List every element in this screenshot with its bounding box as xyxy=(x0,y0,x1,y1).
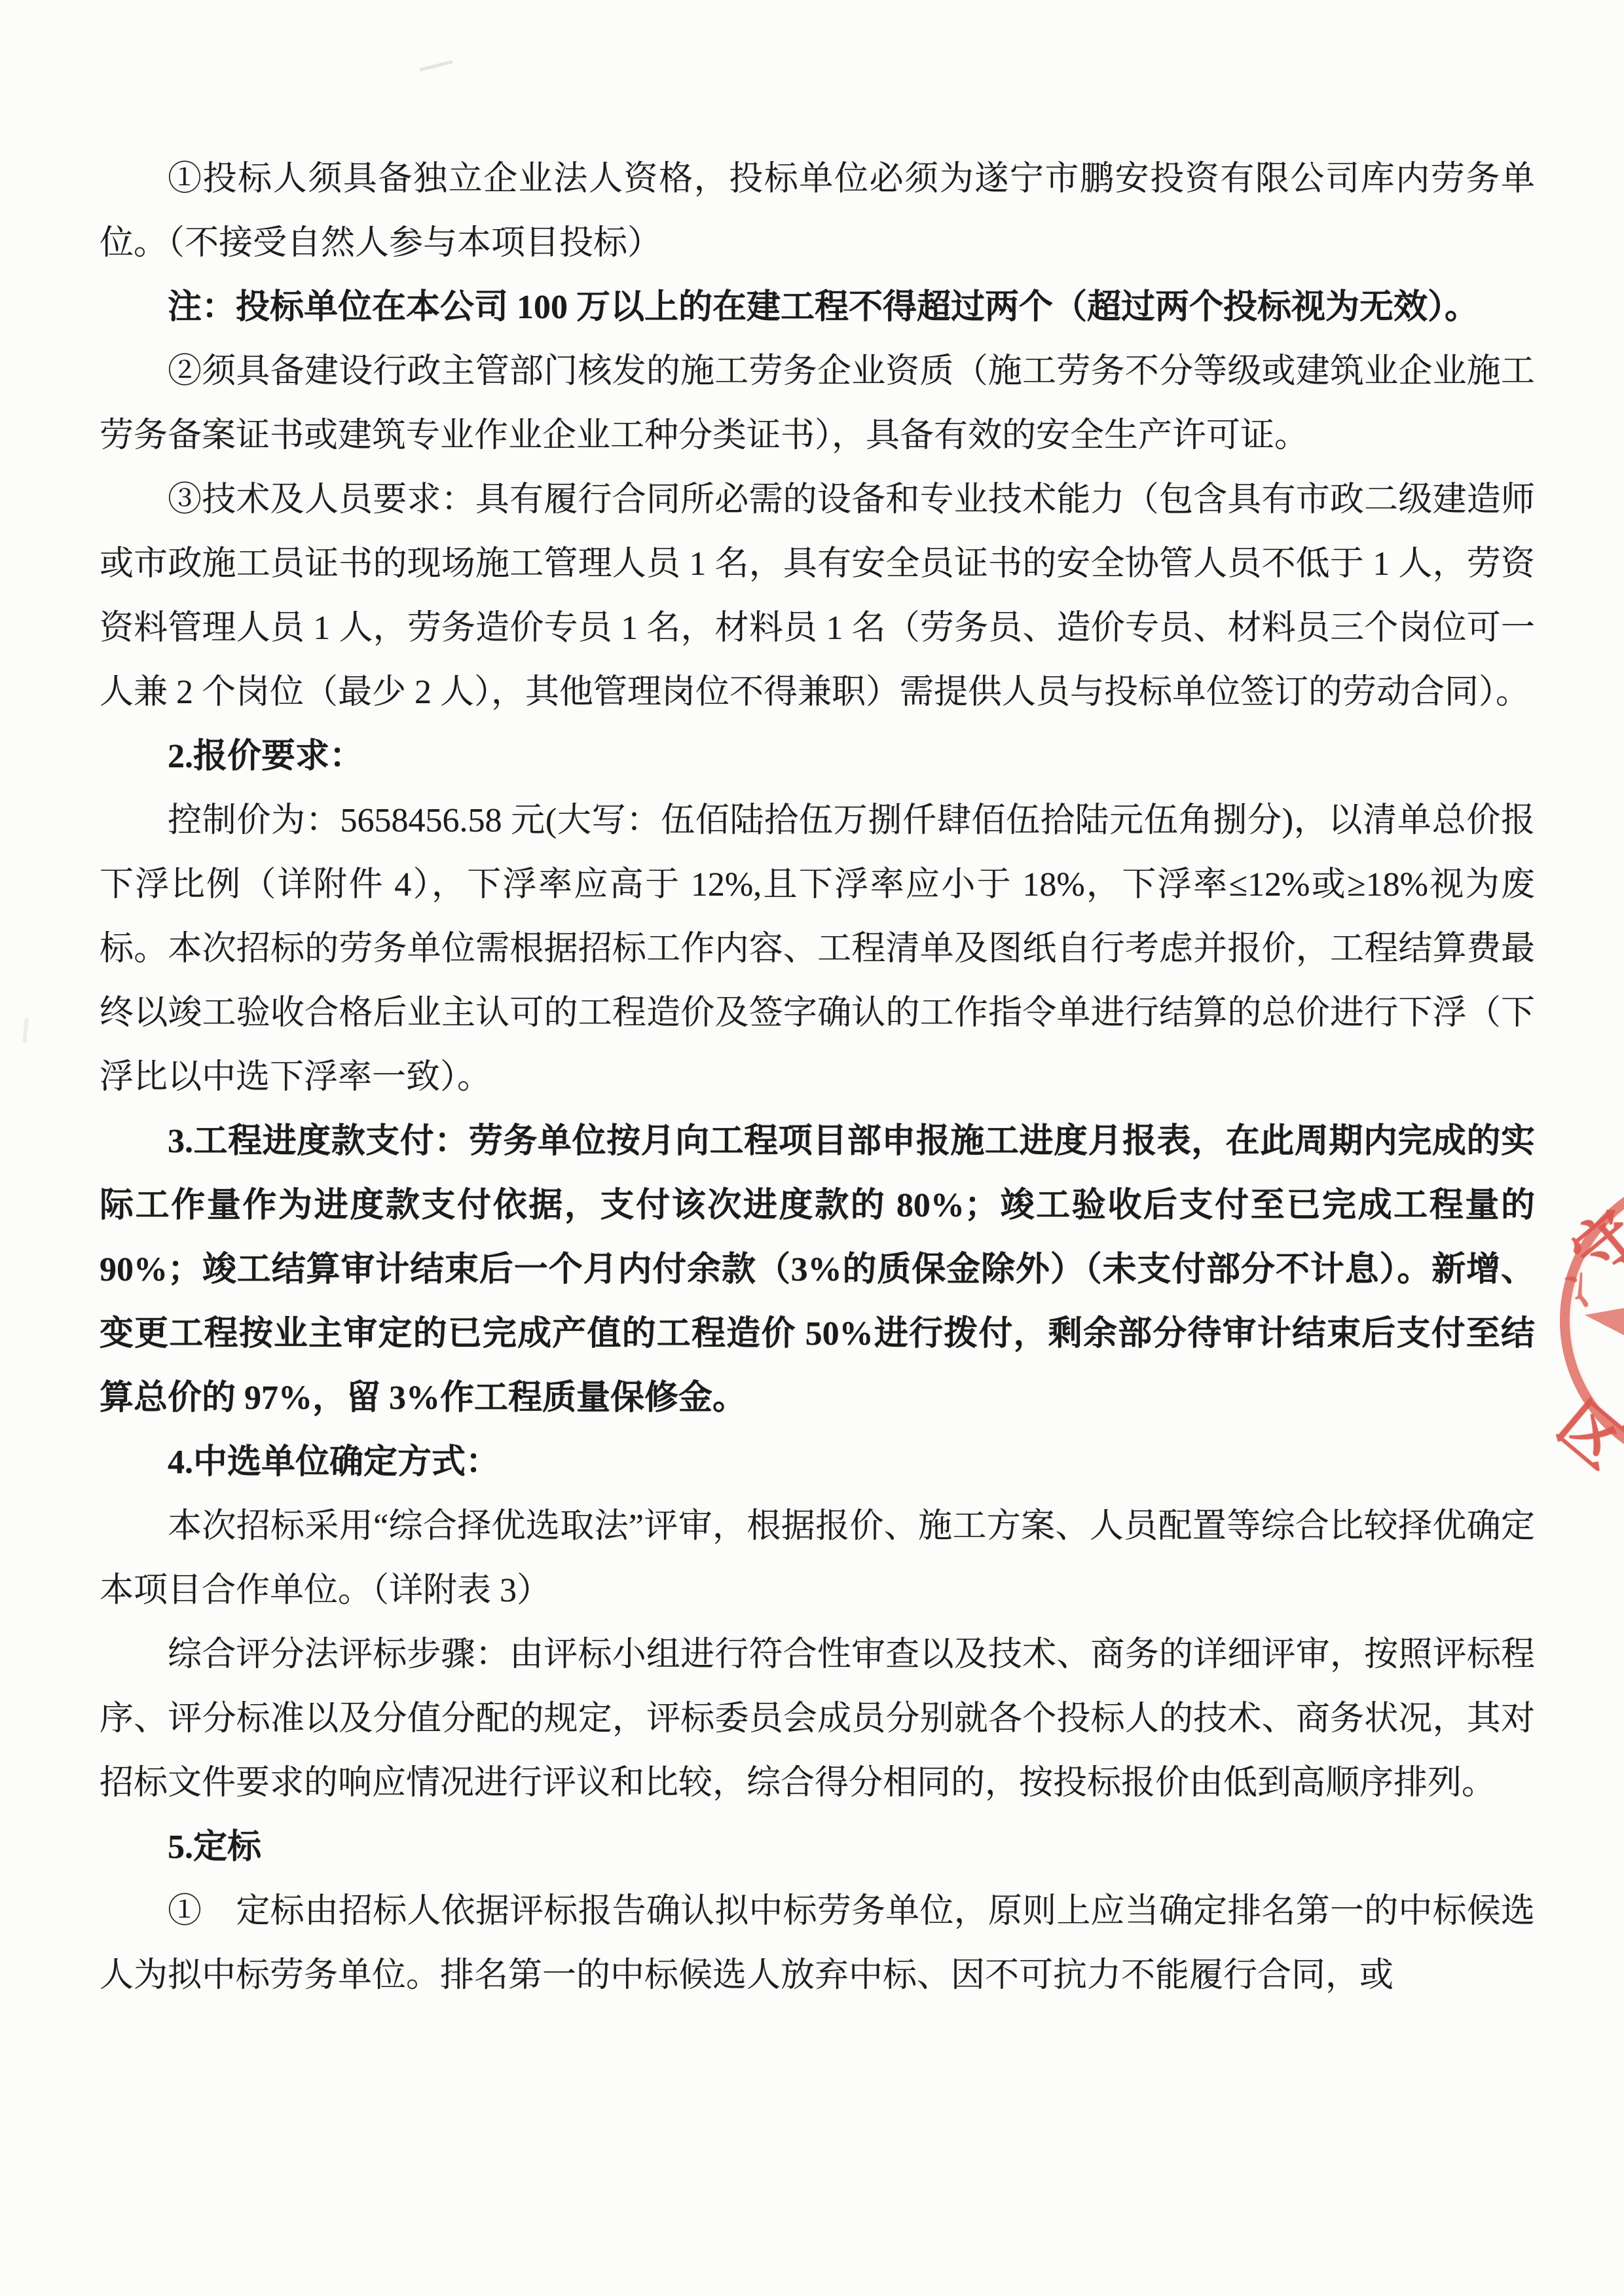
seal-star-icon xyxy=(1568,1178,1624,1467)
heading-quotation-requirement: 2.报价要求： xyxy=(100,725,1535,789)
seal-character-bottom: 区 xyxy=(1543,1377,1624,1485)
scan-artifact xyxy=(419,60,453,71)
paragraph-labor-qualification: ②须具备建设行政主管部门核发的施工劳务企业资质（施工劳务不分等级或建筑业企业施工… xyxy=(100,340,1535,468)
heading-selection-method: 4.中选单位确定方式： xyxy=(100,1430,1535,1495)
paragraph-note: 注：投标单位在本公司 100 万以上的在建工程不得超过两个（超过两个投标视为无效… xyxy=(100,276,1535,340)
seal-ring-icon xyxy=(1560,1169,1624,1472)
seal-character-mid: 冫 xyxy=(1553,1248,1618,1319)
paragraph-control-price: 控制价为：5658456.58 元(大写：伍佰陆拾伍万捌仟肆佰伍拾陆元伍角捌分)… xyxy=(100,789,1535,1110)
paragraph-award-detail: ① 定标由招标人依据评标报告确认拟中标劳务单位，原则上应当确定排名第一的中标候选… xyxy=(100,1880,1535,2008)
document-page: ①投标人须具备独立企业法人资格，投标单位必须为遂宁市鹏安投资有限公司库内劳务单位… xyxy=(0,0,1624,2296)
scan-artifact xyxy=(22,1018,29,1043)
document-text: ①投标人须具备独立企业法人资格，投标单位必须为遂宁市鹏安投资有限公司库内劳务单位… xyxy=(100,147,1535,2008)
paragraph-bidder-qualification: ①投标人须具备独立企业法人资格，投标单位必须为遂宁市鹏安投资有限公司库内劳务单位… xyxy=(100,147,1535,276)
scanned-document: { "doc": { "paragraphs": [ { "text": "①投… xyxy=(0,0,1624,2296)
heading-award: 5.定标 xyxy=(100,1815,1535,1880)
paragraph-scoring-steps: 综合评分法评标步骤：由评标小组进行符合性审查以及技术、商务的详细评审，按照评标程… xyxy=(100,1623,1535,1815)
paragraph-progress-payment: 3.工程进度款支付：劳务单位按月向工程项目部申报施工进度月报表，在此周期内完成的… xyxy=(100,1110,1535,1430)
paragraph-evaluation-method: 本次招标采用“综合择优选取法”评审，根据报价、施工方案、人员配置等综合比较择优确… xyxy=(100,1495,1535,1623)
seal-character-top: 守 xyxy=(1549,1186,1624,1294)
paragraph-personnel-requirement: ③技术及人员要求：具有履行合同所必需的设备和专业技术能力（包含具有市政二级建造师… xyxy=(100,468,1535,725)
